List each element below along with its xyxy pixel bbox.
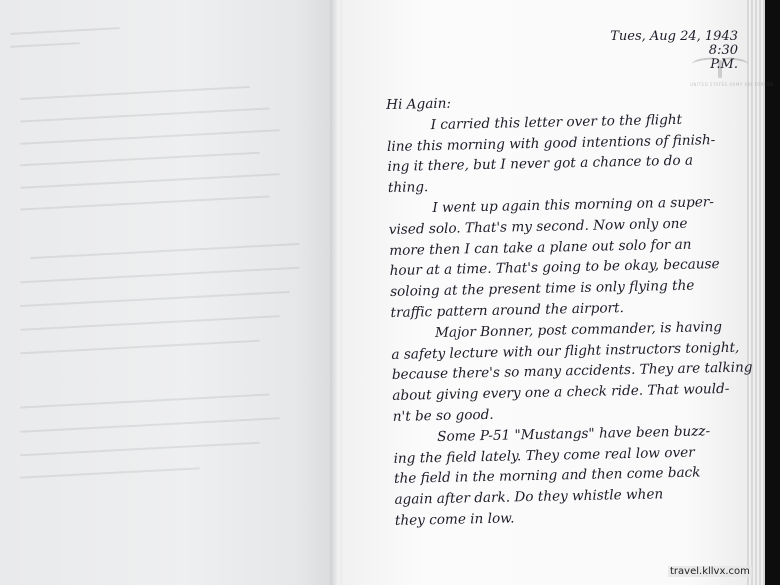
- dark-background: [765, 0, 780, 585]
- date-line: Tues, Aug 24, 1943: [598, 30, 738, 44]
- bleed-through-text: [0, 0, 330, 585]
- letter-date: Tues, Aug 24, 1943 8:30 P.M.: [598, 30, 738, 72]
- handwritten-letter: Hi Again: I carried this letter over to …: [386, 87, 760, 531]
- photo-scene: UNITED STATES ARMY AIR FORCES Tues, Aug …: [0, 0, 780, 585]
- left-page: [0, 0, 338, 585]
- time-line: 8:30: [598, 44, 738, 58]
- watermark: travel.kllvx.com: [668, 566, 752, 577]
- ampm-line: P.M.: [598, 58, 738, 72]
